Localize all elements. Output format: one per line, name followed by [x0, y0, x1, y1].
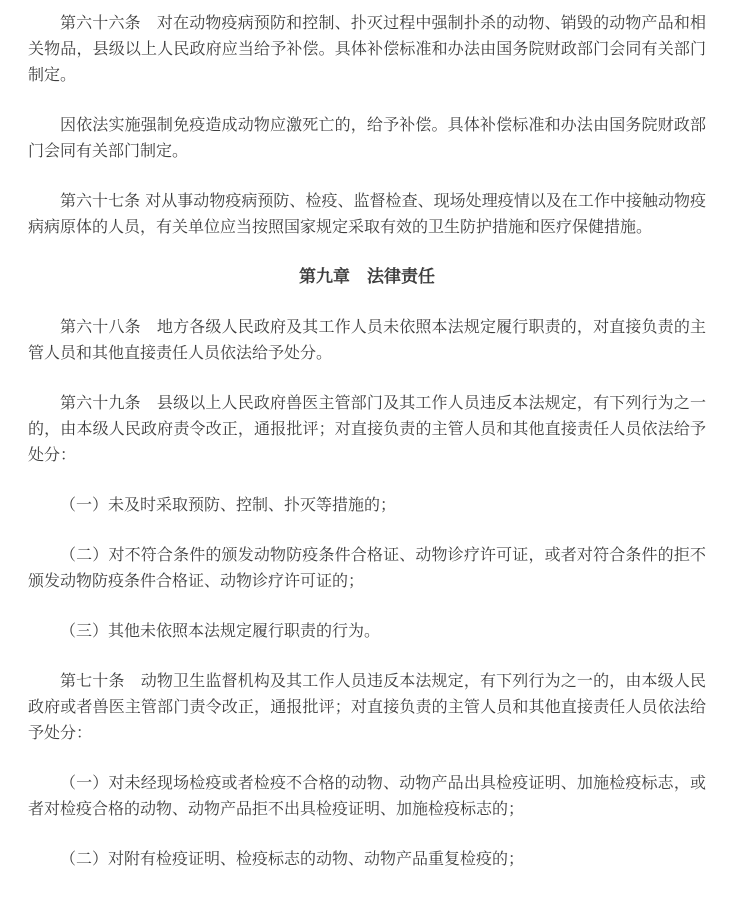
list-item-70-1: （一）对未经现场检疫或者检疫不合格的动物、动物产品出具检疫证明、加施检疫标志，或…: [28, 770, 706, 822]
paragraph-article-67: 第六十七条 对从事动物疫病预防、检疫、监督检查、现场处理疫情以及在工作中接触动物…: [28, 188, 706, 240]
paragraph-article-69: 第六十九条 县级以上人民政府兽医主管部门及其工作人员违反本法规定，有下列行为之一…: [28, 390, 706, 468]
list-item-70-2: （二）对附有检疫证明、检疫标志的动物、动物产品重复检疫的；: [28, 846, 706, 872]
list-item-69-2: （二）对不符合条件的颁发动物防疫条件合格证、动物诊疗许可证，或者对符合条件的拒不…: [28, 542, 706, 594]
paragraph-article-70: 第七十条 动物卫生监督机构及其工作人员违反本法规定，有下列行为之一的，由本级人民…: [28, 668, 706, 746]
paragraph-article-66-compensation: 因依法实施强制免疫造成动物应激死亡的，给予补偿。具体补偿标准和办法由国务院财政部…: [28, 112, 706, 164]
chapter-9-heading: 第九章 法律责任: [28, 264, 706, 290]
list-item-69-3: （三）其他未依照本法规定履行职责的行为。: [28, 618, 706, 644]
list-item-69-1: （一）未及时采取预防、控制、扑灭等措施的；: [28, 492, 706, 518]
document-body: 第六十六条 对在动物疫病预防和控制、扑灭过程中强制扑杀的动物、销毁的动物产品和相…: [0, 0, 734, 898]
paragraph-article-68: 第六十八条 地方各级人民政府及其工作人员未依照本法规定履行职责的，对直接负责的主…: [28, 314, 706, 366]
paragraph-article-66: 第六十六条 对在动物疫病预防和控制、扑灭过程中强制扑杀的动物、销毁的动物产品和相…: [28, 10, 706, 88]
